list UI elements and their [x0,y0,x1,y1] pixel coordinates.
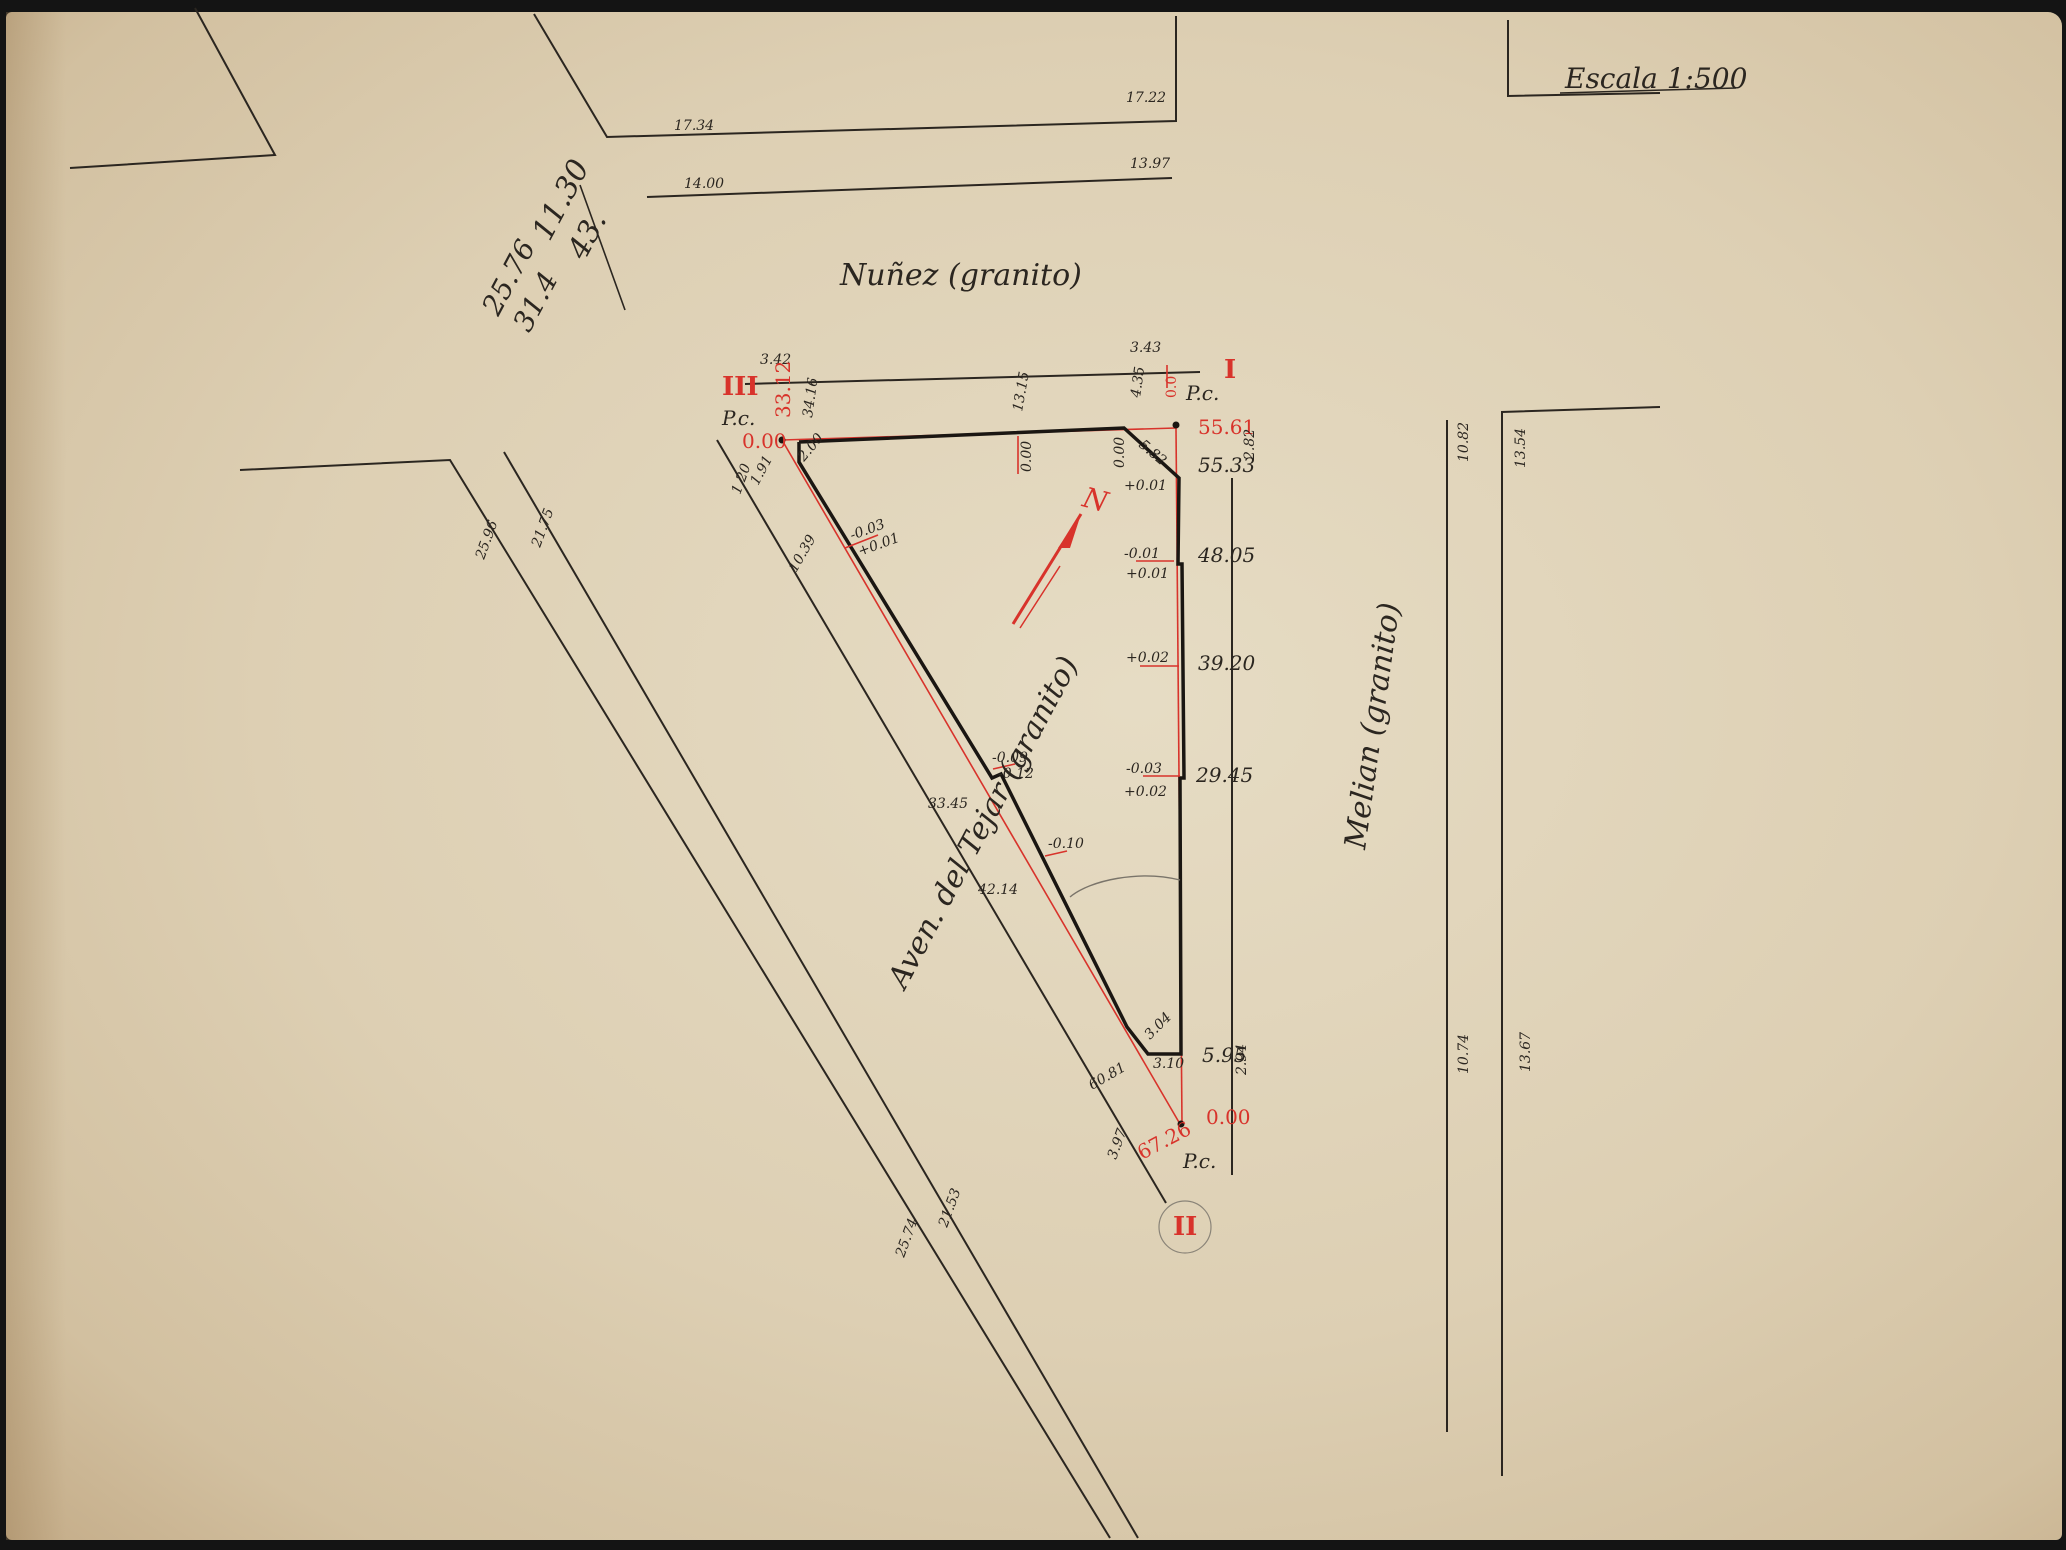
offset-6: +0.02 [1126,650,1169,666]
pc-label-ii: P.c. [1182,1149,1216,1173]
dim-2153: 21.53 [935,1186,964,1230]
vertex-i-label: I [1224,355,1236,385]
vertex-iii-label: III [722,372,759,402]
pc-label-iii: P.c. [721,406,755,430]
dim-4805: 48.05 [1197,543,1255,567]
offset-10: -0.12 [998,766,1034,782]
dim-top-1722: 17.22 [1126,90,1166,106]
dim-1082: 10.82 [1456,422,1472,462]
dim-343: 3.43 [1130,340,1161,356]
dim-282: 2.82 [1242,429,1258,461]
dim-2945: 29.45 [1195,763,1253,787]
dim-200: 2.00 [794,430,827,465]
dim-3312: 33.12 [771,361,795,418]
dim-top-1400: 14.00 [684,176,724,192]
dim-3345: 33.45 [928,796,968,812]
dim-2596: 25.96 [472,518,501,562]
street-name-west: Aven. del Tejar (granito) [880,651,1086,997]
dim-310: 3.10 [1153,1056,1184,1072]
offset-8: +0.02 [1124,784,1167,800]
offset-11: -0.10 [1048,836,1084,852]
dim-1074: 10.74 [1456,1034,1472,1074]
dim-top-1734: 17.34 [674,118,714,134]
dim-1315: 13.15 [1010,370,1033,412]
offset-13: 0.00 [1112,437,1128,468]
dim-582: 5.82 [1135,437,1169,469]
offset-3: +0.01 [1124,478,1167,494]
dim-6081: 60.81 [1086,1060,1129,1094]
margin-calculation: 25.76 31.4 11.30 43. [475,150,632,346]
offset-9: -0.09 [992,750,1028,766]
dim-397: 3.97 [1105,1127,1131,1162]
street-name-north: Nuñez (granito) [839,258,1082,293]
dim-zero-ii: 0.00 [1206,1105,1251,1129]
pc-label-i: P.c. [1185,381,1219,405]
dim-2574: 25.74 [892,1216,921,1260]
dim-2175: 21.75 [528,506,557,550]
vertex-ii-label: II [1173,1212,1197,1242]
offset-4: -0.01 [1124,546,1160,562]
annotations: Escala 1:500 25.76 31.4 11.30 43. Nuñez … [0,0,2066,1550]
offset-12: 0.00 [1019,441,1035,472]
dim-1367: 13.67 [1518,1032,1534,1072]
dim-1039: 10.39 [786,532,820,575]
street-name-east: Melian (granito) [1338,600,1407,852]
dim-294: 2.94 [1234,1044,1250,1076]
offset-7: -0.03 [1126,761,1162,777]
offset-5: +0.01 [1126,566,1169,582]
dim-435: 4.35 [1128,365,1148,399]
dim-top-1397: 13.97 [1130,156,1170,172]
dim-zero-iii: 0.00 [742,429,787,453]
dim-3416: 34.16 [800,377,821,419]
dim-4214: 42.14 [977,882,1018,898]
dim-3920: 39.20 [1198,651,1256,675]
dim-191: 1.91 [747,453,776,488]
dim-304: 3.04 [1142,1009,1175,1042]
dim-1354: 13.54 [1513,428,1529,468]
dim-zero-i: 0.0 [1164,376,1180,398]
